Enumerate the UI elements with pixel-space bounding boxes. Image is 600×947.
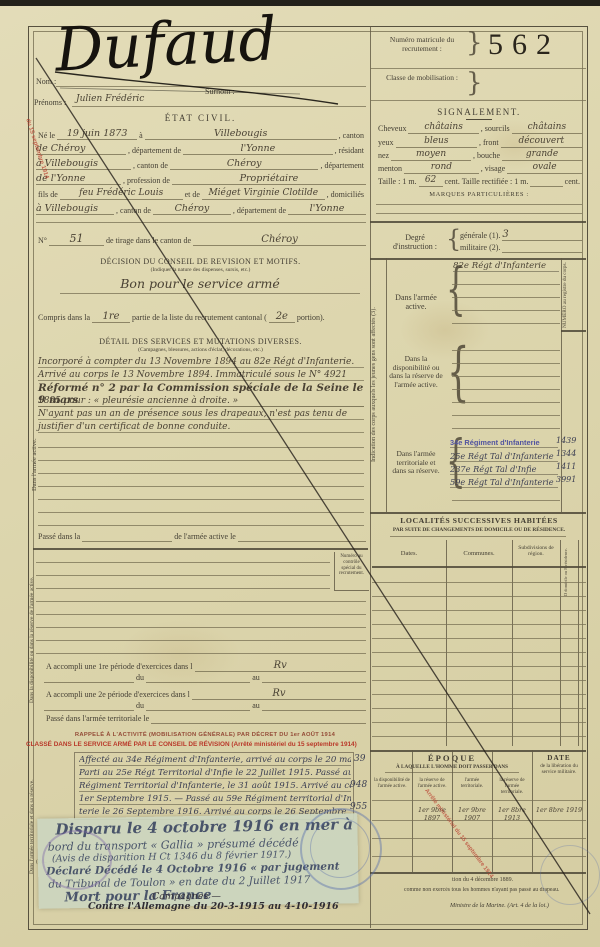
classe-label: Classe de mobilisation :: [376, 74, 468, 83]
epoque-col-2: l'armée territoriale.: [453, 778, 491, 790]
signalement-row-taille: Taille : 1 m. 62 cent. Taille rectifiée …: [376, 176, 582, 187]
compris-row: Compris dans la 1re partie de la liste d…: [36, 311, 366, 323]
date-naissance: 19 juin 1873: [67, 128, 128, 139]
departement-de-label: , département de: [231, 207, 288, 216]
nez-value: moyen: [416, 149, 446, 159]
yeux-value: bleus: [424, 136, 448, 146]
footer-fragment-1: tion du 4 décembre 1889.: [452, 877, 513, 884]
registre-matricule-page: Dufaud Nom : Surnom : Prénoms : Julien F…: [0, 0, 600, 947]
passe-active-row: Passé dans la de l'armée active le: [36, 533, 366, 542]
service-line: Arrivé au corps le 13 Novembre 1894. Imm…: [38, 370, 364, 381]
localites-col-subdiv: Subdivisions de région.: [513, 545, 559, 558]
visage-value: ovale: [533, 162, 557, 172]
lieu-naissance: Villebougis: [214, 128, 267, 139]
decision-subtitle: (Indiquer la nature des dispenses, sursi…: [33, 267, 368, 273]
compris-partie: 1re: [102, 311, 119, 322]
localites-subtitle: PAR SUITE DE CHANGEMENTS DE DOMICILE OU …: [372, 527, 586, 533]
marques-label: MARQUES PARTICULIÈRES :: [372, 191, 586, 198]
departement2-label: , département: [318, 162, 366, 171]
portion-label: portion).: [295, 314, 327, 323]
service-line: Incorporé à compter du 13 Novembre 1894 …: [38, 357, 364, 368]
front-value: découvert: [518, 136, 564, 146]
corps-active-value: 82e Régt d'Infanterie: [453, 261, 559, 272]
pere-value: feu Frédéric Louis: [79, 188, 163, 198]
periode2-dates-row: du au: [44, 702, 366, 711]
entry-1915-line: 1er Septembre 1915. — Passé au 59e Régim…: [79, 794, 351, 805]
signalement-title: SIGNALEMENT.: [372, 107, 586, 117]
matricule-label: Numéro matricule du recrutement :: [376, 36, 468, 53]
profession-label: , profession de: [121, 177, 172, 186]
canton-tirage: Chéroy: [261, 234, 297, 245]
contre-allemagne-line: Contre l'Allemagne du 20-3-1915 au 4-10-…: [88, 901, 339, 912]
visage-label: , visage: [479, 165, 507, 174]
armee-active-le-label: de l'armée active le: [172, 533, 238, 542]
etat-civil-title: ÉTAT CIVIL.: [33, 113, 368, 123]
corps-terr-num-1: 1344: [556, 449, 576, 458]
corps-active-label: Dans l'armée active.: [390, 293, 442, 311]
front-label: , front: [477, 139, 501, 148]
localites-col-dr: D domicile ou R résidence.: [564, 542, 576, 602]
corps-dispo-label: Dans la disponibilité ou dans la réserve…: [388, 355, 444, 390]
cheveux-label: Cheveux: [376, 125, 408, 134]
entry-1915-num: 955: [350, 802, 367, 812]
epoque-value-3: 1er 8bre 1913: [493, 806, 531, 822]
ne-le-label: Né le: [36, 132, 57, 141]
canton-naissance: de Chéroy: [36, 143, 85, 154]
generale-label: générale (1).: [458, 232, 502, 241]
corps-terr-num-2: 1411: [556, 462, 576, 471]
matricule-number: 562: [488, 28, 560, 62]
numero-tirage: 51: [69, 232, 83, 245]
entry-1915-line: Régiment Territorial d'Infanterie, le 31…: [79, 781, 351, 792]
classe-service-arme-stamp: CLASSÉ DANS LE SERVICE ARMÉ PAR LE CONSE…: [26, 741, 382, 748]
corps-terr-label: Dans l'armée territoriale et dans sa rés…: [390, 450, 442, 476]
prenoms-label: Prénoms :: [34, 98, 66, 107]
taille-rectifiee-label: cent. Taille rectifiée : 1 m.: [443, 178, 531, 187]
etat-civil-row-6: à Villebougis , canton de Chéroy , dépar…: [36, 204, 366, 215]
mere-value: Miéget Virginie Clotilde: [208, 188, 318, 198]
margin-dispo-label: Dans la disponibilité ou dans la réserve…: [29, 560, 45, 720]
corps-terr-num-0: 1439: [556, 436, 576, 445]
etat-civil-row-5: fils de feu Frédéric Louis et de Miéget …: [36, 189, 366, 200]
rappele-stamp: RAPPELÉ À L'ACTIVITÉ (MOBILISATION GÉNÉR…: [40, 732, 370, 738]
numero-corps-label: NUMÉRO au registre du corps.: [563, 262, 583, 328]
militaire-label: militaire (2).: [458, 244, 502, 253]
et-de-label: et de: [183, 191, 202, 200]
epoque-value-2: 1er 9bre 1907: [453, 806, 491, 822]
epoque-col-1: la réserve de l'armée active.: [413, 778, 451, 790]
departement-parents: l'Yonne: [310, 203, 345, 214]
epoque-value-4: 1er 8bre 1919: [533, 806, 585, 814]
periode2-label: A accompli une 2e période d'exercices da…: [44, 691, 192, 700]
tirage-label: de tirage dans le canton de: [104, 237, 193, 246]
numero-label: N°: [36, 237, 49, 246]
departement-naissance: l'Yonne: [241, 143, 276, 154]
decision-value: Bon pour le service armé: [60, 276, 340, 291]
canton-de2-label: , canton de: [114, 207, 153, 216]
etat-civil-row-1: Né le 19 juin 1873 à Villebougis , canto…: [36, 129, 366, 140]
corps-terr-row-2: 237e Régt Tal d'Infie: [450, 464, 558, 475]
localites-col-dates: Dates.: [372, 550, 446, 557]
residant-label: , résidant: [333, 147, 366, 156]
taille-label: Taille : 1 m.: [376, 178, 419, 187]
periode1-label: A accompli une 1re période d'exercices d…: [44, 663, 195, 672]
entry-1915-num: 39: [354, 754, 365, 764]
service-line: N'ayant pas un an de présence sous les d…: [38, 409, 364, 420]
canton-label: , canton: [337, 132, 366, 141]
signalement-row-cheveux: Cheveux châtains , sourcils châtains: [376, 123, 582, 134]
domicile-parents: à Villebougis: [36, 203, 98, 214]
periode2-value: Rv: [272, 688, 285, 699]
canton-parents: Chéroy: [175, 203, 210, 214]
detail-title: DÉTAIL DES SERVICES ET MUTATIONS DIVERSE…: [33, 337, 368, 346]
etat-civil-row-3: à Villebougis , canton de Chéroy , dépar…: [36, 159, 366, 170]
bouche-label: , bouche: [471, 152, 502, 161]
periode2-row: A accompli une 2e période d'exercices da…: [44, 688, 366, 700]
menton-value: rond: [431, 162, 452, 172]
generale-value: 3: [502, 229, 508, 240]
entries-1915-box: Affecté au 34e Régiment d'Infanterie, ar…: [74, 752, 354, 820]
name-script: Dufaud: [53, 4, 278, 86]
slip-disparu-line: Disparu le 4 octobre 1916 en mer à: [55, 815, 353, 838]
matricule-brace: }: [466, 30, 483, 56]
taille-cent-label: cent.: [563, 178, 582, 187]
controle-box: Numéro au contrôle spécial du recrutemen…: [334, 552, 369, 591]
a-label: à: [137, 132, 145, 141]
controle-box-label: Numéro au contrôle spécial du recrutemen…: [336, 554, 367, 577]
passe-territoriale-row: Passé dans l'armée territoriale le: [44, 715, 366, 724]
degre-generale-row: générale (1). 3: [458, 229, 582, 241]
footer-fragment-3: Ministre de la Marine. (Art. 4 de la loi…: [450, 902, 549, 909]
cheveux-value: châtains: [424, 122, 462, 132]
signalement-row-menton: menton rond , visage ovale: [376, 163, 582, 174]
epoque-date-title: DATE: [532, 754, 586, 762]
bouche-value: grande: [526, 149, 558, 159]
departement-label: , département de: [126, 147, 183, 156]
du-label: du: [134, 702, 146, 711]
entry-1915-line: Parti au 25e Régt Territorial d'Infie le…: [79, 768, 351, 779]
yeux-label: yeux: [376, 139, 396, 148]
epoque-col-3: la réserve de l'armée territoriale.: [493, 778, 531, 795]
corps-terr-row-1: 25e Régt Tal d'Infanterie: [450, 451, 558, 462]
service-line: 1895 pour : « pleurésie ancienne à droit…: [38, 396, 364, 407]
fils-de-label: fils de: [36, 191, 60, 200]
periode1-value: Rv: [274, 660, 287, 671]
sourcils-label: , sourcils: [479, 125, 512, 134]
prenoms-value: Julien Frédéric: [76, 94, 144, 104]
epoque-col-0: la disponibilité de l'armée active.: [373, 778, 411, 790]
surnom-label: Surnom :: [205, 87, 235, 96]
nez-label: nez: [376, 152, 391, 161]
compris-label: Compris dans la: [36, 314, 92, 323]
liste-label: partie de la liste du recrutement canton…: [130, 314, 269, 323]
tirage-row: N° 51 de tirage dans le canton de Chéroy: [36, 233, 366, 246]
menton-label: menton: [376, 165, 404, 174]
periode1-row: A accompli une 1re période d'exercices d…: [44, 660, 366, 672]
passe-territoriale-label: Passé dans l'armée territoriale le: [44, 715, 151, 724]
du-label: du: [134, 674, 146, 683]
degre-label: Degré d'instruction :: [386, 233, 444, 251]
signalement-row-yeux: yeux bleus , front découvert: [376, 137, 582, 148]
canton-residence: Chéroy: [227, 158, 262, 169]
domicilies-label: , domiciliés: [325, 191, 366, 200]
classe-brace: }: [466, 70, 483, 96]
service-line: justifier d'un certificat de bonne condu…: [38, 422, 364, 433]
etat-civil-row-2: de Chéroy , département de l'Yonne , rés…: [36, 144, 366, 155]
entry-1915-line: Affecté au 34e Régiment d'Infanterie, ar…: [79, 755, 351, 766]
taille-value: 62: [425, 175, 436, 185]
nom-label: Nom :: [36, 77, 56, 86]
au-label: au: [250, 674, 262, 683]
canton-de-label: , canton de: [131, 162, 170, 171]
entry-1915-num: 948: [350, 780, 367, 790]
degre-militaire-row: militaire (2).: [458, 244, 582, 253]
corps-terr-num-3: 3991: [556, 475, 576, 484]
detail-subtitle: (Campagnes, blessures, actions d'éclat, …: [33, 347, 368, 353]
au-label: au: [250, 702, 262, 711]
periode1-dates-row: du au: [44, 674, 366, 683]
localites-col-communes: Communes.: [446, 550, 512, 557]
corps-rotated-label: Indication des corps auxquels les jeunes…: [371, 260, 385, 510]
profession-value: Propriétaire: [240, 173, 299, 184]
corps-terr-row-3: 59e Régt Tal d'Infanterie: [450, 477, 558, 488]
decision-title: DÉCISION DU CONSEIL DE REVISION ET MOTIF…: [33, 257, 368, 266]
compris-portion: 2e: [276, 311, 288, 322]
epoque-date-sub: de la libération du service militaire.: [533, 764, 585, 776]
localites-title: LOCALITÉS SUCCESSIVES HABITÉES: [372, 517, 586, 526]
sourcils-value: châtains: [528, 122, 566, 132]
corps-terr-row-0: 34e Régiment d'Infanterie: [450, 438, 558, 448]
footer-fragment-2: comme non exercés tous les hommes n'ayan…: [404, 887, 584, 894]
passe-dans-la-label: Passé dans la: [36, 533, 82, 542]
etat-civil-row-4: de l'Yonne , profession de Propriétaire: [36, 174, 366, 185]
signalement-row-nez: nez moyen , bouche grande: [376, 150, 582, 161]
